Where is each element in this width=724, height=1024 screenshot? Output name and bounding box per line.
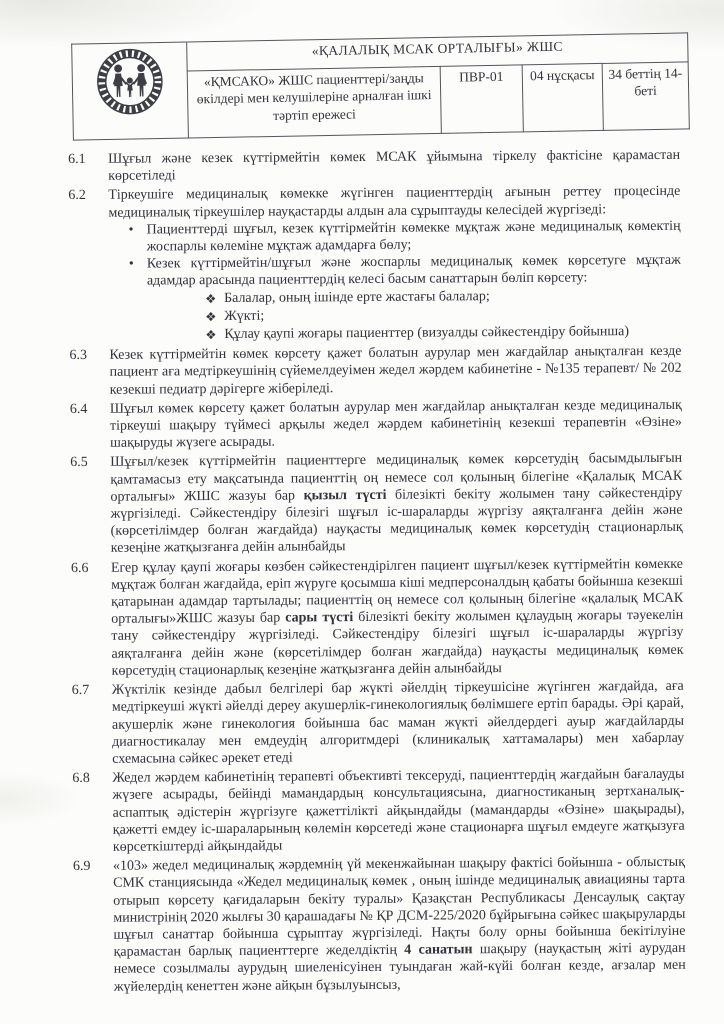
section-6-7: 6.7 Жүктілік кезінде дабыл белгілері бар… bbox=[68, 678, 685, 768]
section-text: Шұғыл және кезек күттірмейтін көмек МСАК… bbox=[108, 147, 680, 185]
section-number: 6.8 bbox=[68, 770, 112, 788]
bullet-item: • Пациенттерді шұғыл, кезек күттірмейтін… bbox=[109, 218, 681, 256]
diamond-bullet-icon: ❖ bbox=[205, 308, 224, 326]
document-page: «ҚАЛАЛЫҚ МСАК ОРТАЛЫҒЫ» ЖШС «ҚМСАКО» ЖШС… bbox=[0, 0, 724, 1024]
highlighted-yellow-band-text: сары түсті bbox=[285, 610, 353, 625]
section-number: 6.5 bbox=[66, 454, 110, 472]
section-number: 6.7 bbox=[68, 682, 112, 700]
section-number: 6.9 bbox=[69, 858, 113, 876]
sub-bullet-item: ❖ Құлау қаупі жоғары пациенттер (визуалд… bbox=[205, 323, 681, 345]
highlighted-category-text: 4 санатын bbox=[404, 942, 472, 957]
bullet-item: • Кезек күттірмейтін/шұғыл және жоспарлы… bbox=[109, 252, 681, 290]
section-6-3: 6.3 Кезек күттірмейтін көмек көрсету қаж… bbox=[65, 343, 681, 399]
section-6-4: 6.4 Шұғыл көмек көрсету қажет болатын ау… bbox=[66, 397, 682, 453]
section-list: 6.1 Шұғыл және кезек күттірмейтін көмек … bbox=[0, 146, 724, 996]
family-logo-icon bbox=[93, 45, 166, 118]
section-text: Шұғыл/кезек күттірмейтін пациенттерге ме… bbox=[110, 450, 683, 557]
section-text: Егер құлау қаупі жоғары көзбен сәйкестен… bbox=[111, 555, 684, 679]
section-6-2: 6.2 Тіркеушіге медициналық көмекке жүгін… bbox=[64, 183, 681, 345]
section-6-5: 6.5 Шұғыл/кезек күттірмейтін пациенттерг… bbox=[66, 450, 683, 558]
section-text: Кезек күттірмейтін көмек көрсету қажет б… bbox=[109, 343, 681, 399]
diamond-bullet-icon: ❖ bbox=[205, 290, 224, 308]
section-number: 6.1 bbox=[64, 151, 108, 169]
doc-title: «ҚМСАКО» ЖШС пациенттері/заңды өкілдері … bbox=[187, 66, 441, 138]
sub-bullet-text: Балалар, оның ішінде ерте жастағы балала… bbox=[224, 288, 490, 307]
section-text: Жүктілік кезінде дабыл белгілері бар жүк… bbox=[112, 678, 685, 768]
sub-bullet-text: Құлау қаупі жоғары пациенттер (визуалды … bbox=[224, 323, 629, 343]
sub-bullet-text: Жүкті; bbox=[224, 308, 264, 325]
highlighted-red-band-text: қызыл түсті bbox=[304, 488, 387, 504]
bullet-icon: • bbox=[129, 256, 147, 273]
section-6-6: 6.6 Егер құлау қаупі жоғары көзбен сәйке… bbox=[67, 555, 684, 680]
logo-cell bbox=[72, 42, 189, 140]
section-number: 6.3 bbox=[65, 347, 109, 365]
bullet-icon: • bbox=[129, 221, 147, 238]
section-number: 6.6 bbox=[67, 559, 111, 577]
doc-version: 04 нұсқасы bbox=[522, 63, 603, 131]
bullet-text: Кезек күттірмейтін/шұғыл және жоспарлы м… bbox=[147, 252, 681, 290]
section-text: Тіркеушіге медициналық көмекке жүгінген … bbox=[108, 183, 680, 221]
section-text: Жедел жәрдем кабинетінің терапевті объек… bbox=[112, 766, 685, 856]
section-6-1: 6.1 Шұғыл және кезек күттірмейтін көмек … bbox=[64, 147, 680, 186]
diamond-bullet-icon: ❖ bbox=[205, 326, 224, 344]
section-number: 6.4 bbox=[66, 401, 110, 419]
section-number: 6.2 bbox=[64, 187, 108, 205]
header-table: «ҚАЛАЛЫҚ МСАК ОРТАЛЫҒЫ» ЖШС «ҚМСАКО» ЖШС… bbox=[71, 32, 690, 140]
section-text: «103» жедел медициналық жәрдемнің үй мек… bbox=[113, 854, 686, 996]
bullet-text: Пациенттерді шұғыл, кезек күттірмейтін к… bbox=[146, 218, 680, 256]
section-6-8: 6.8 Жедел жәрдем кабинетінің терапевті о… bbox=[68, 766, 685, 856]
section-text: Шұғыл көмек көрсету қажет болатын аурула… bbox=[110, 397, 682, 453]
section-6-9: 6.9 «103» жедел медициналық жәрдемнің үй… bbox=[69, 854, 686, 996]
doc-code: ПВР-01 bbox=[440, 65, 523, 133]
doc-page-info: 34 беттің 14-беті bbox=[602, 62, 689, 131]
